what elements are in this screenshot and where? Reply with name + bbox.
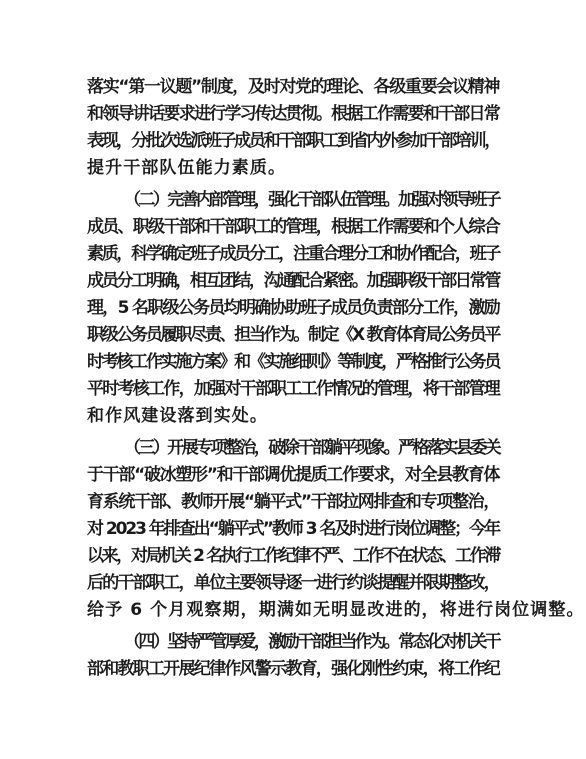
document-page: 落实“第一议题”制度，及时对党的理论、各级重要会议精神 和领导讲话要求进行学习传…: [87, 74, 499, 688]
section-heading-line: （二）完善内部管理，强化干部队伍管理。加强对领导班子: [87, 187, 499, 214]
text-line: 表现，分批次选派班子成员和干部职工到省内外参加干部培训，: [87, 128, 499, 155]
text-line: 素质，科学确定班子成员分工，注重合理分工和协作配合，班子: [87, 241, 499, 268]
text-line: 和领导讲话要求进行学习传达贯彻。根据工作需要和干部日常: [87, 101, 499, 128]
text-line: 职级公务员履职尽责、担当作为。制定《X 教育体育局公务员平: [87, 322, 499, 349]
text-line: 育系统干部、教师开展“躺平式”干部拉网排查和专项整治，: [87, 489, 499, 516]
text-line: 时考核工作实施方案》和《实施细则》等制度，严格推行公务员: [87, 349, 499, 376]
text-line: 以来，对局机关 2 名执行工作纪律不严、工作不在状态、工作滞: [87, 543, 499, 570]
text-line: 成员、职级干部和干部职工的管理，根据工作需要和个人综合: [87, 214, 499, 241]
text-line: 提升干部队伍能力素质。: [87, 155, 499, 182]
text-line: 于干部“破冰塑形”和干部调优提质工作要求，对全县教育体: [87, 462, 499, 489]
text-line: 成员分工明确，相互团结，沟通配合紧密。加强职级干部日常管: [87, 268, 499, 295]
text-line: 对 2023 年排查出“躺平式”教师 3 名及时进行岗位调整；今年: [87, 516, 499, 543]
section-heading-line: （四）坚持严管厚爱，激励干部担当作为。常态化对机关干: [87, 629, 499, 656]
paragraph-3-special-rectification: （三）开展专项整治，破除干部躺平现象。严格落实县委关 于干部“破冰塑形”和干部调…: [87, 435, 499, 624]
text-line: 部和教职工开展纪律作风警示教育，强化刚性约束，将工作纪: [87, 656, 499, 683]
text-line: 给予 6 个月观察期，期满如无明显改进的，将进行岗位调整。: [87, 597, 499, 624]
text-line: 落实“第一议题”制度，及时对党的理论、各级重要会议精神: [87, 74, 499, 101]
paragraph-1-continuation: 落实“第一议题”制度，及时对党的理论、各级重要会议精神 和领导讲话要求进行学习传…: [87, 74, 499, 182]
text-line: 后的干部职工，单位主要领导逐一进行约谈提醒并限期整改，: [87, 570, 499, 597]
paragraph-2-internal-management: （二）完善内部管理，强化干部队伍管理。加强对领导班子 成员、职级干部和干部职工的…: [87, 187, 499, 430]
text-line: 理，5 名职级公务员均明确协助班子成员负责部分工作，激励: [87, 295, 499, 322]
text-line: 和作风建设落到实处。: [87, 403, 499, 430]
text-line: 平时考核工作，加强对干部职工工作情况的管理，将干部管理: [87, 376, 499, 403]
section-heading-line: （三）开展专项整治，破除干部躺平现象。严格落实县委关: [87, 435, 499, 462]
paragraph-4-strict-management: （四）坚持严管厚爱，激励干部担当作为。常态化对机关干 部和教职工开展纪律作风警示…: [87, 629, 499, 683]
